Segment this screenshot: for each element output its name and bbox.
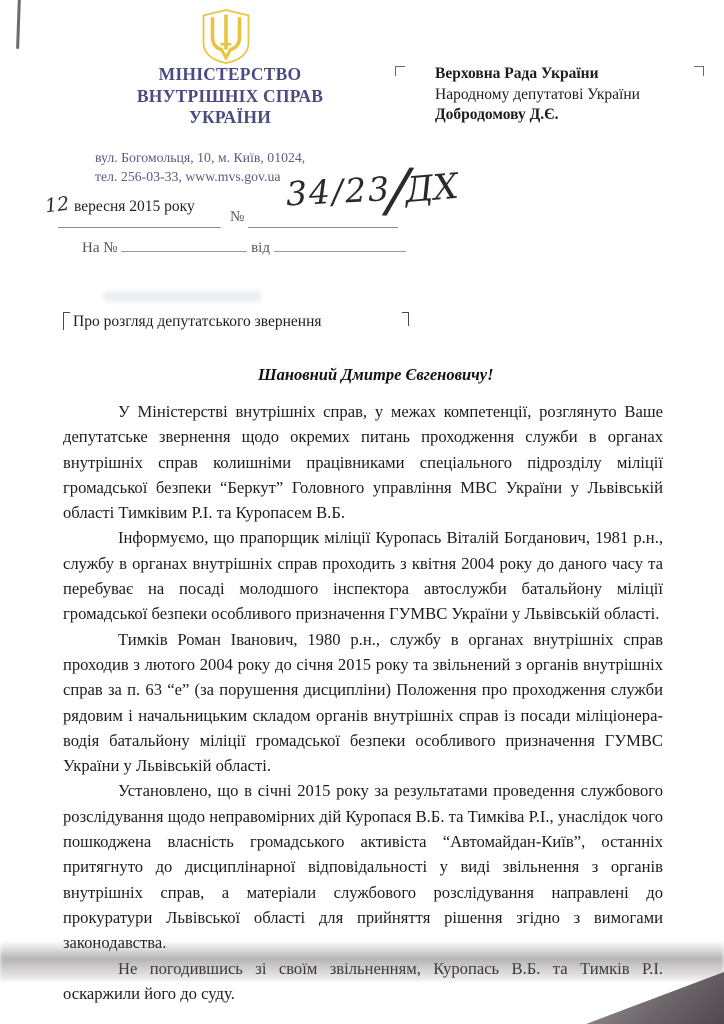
incoming-date-blank: [274, 238, 406, 252]
scan-fold-shadow: [0, 941, 724, 981]
recipient-role: Народному депутатові України: [435, 85, 640, 106]
ministry-title-line2: ВНУТРІШНІХ СПРАВ: [85, 86, 375, 108]
handwritten-number-part2: ДХ: [404, 167, 461, 211]
handwritten-number-part1: 34/23: [285, 169, 392, 213]
subject-bracket-right: [402, 312, 409, 326]
incoming-number-blank: [121, 238, 247, 252]
recipient-corner-mark-right: [694, 66, 704, 76]
scan-artifact-line: [16, 0, 21, 49]
body-paragraph-4: Установлено, що в січні 2015 року за рез…: [63, 778, 663, 955]
body-paragraph-2: Інформуємо, що прапорщик міліції Куропас…: [63, 525, 663, 626]
scanned-letter-page: МІНІСТЕРСТВО ВНУТРІШНІХ СПРАВ УКРАЇНИ ву…: [0, 0, 724, 1024]
date-underline: [58, 214, 221, 228]
ministry-title-line3: УКРАЇНИ: [85, 107, 375, 129]
address-line1: вул. Богомольця, 10, м. Київ, 01024,: [95, 149, 305, 168]
recipient-block: Верховна Рада України Народному депутато…: [435, 64, 640, 126]
address-line2: тел. 256-03-33, www.mvs.gov.ua: [95, 168, 305, 187]
ukraine-trident-emblem-icon: [199, 8, 253, 71]
incoming-reference-line: На № від: [82, 238, 406, 257]
scan-smudge: [103, 291, 261, 302]
ministry-address: вул. Богомольця, 10, м. Київ, 01024, тел…: [95, 149, 305, 186]
recipient-institution: Верховна Рада України: [435, 64, 640, 85]
subject-bracket-left: [63, 312, 70, 330]
body-paragraph-3: Тимків Роман Іванович, 1980 р.н., службу…: [63, 627, 663, 779]
body-paragraph-1: У Міністерстві внутрішніх справ, у межах…: [63, 399, 663, 525]
salutation: Шановний Дмитре Євгеновичу!: [258, 365, 494, 385]
ministry-title: МІНІСТЕРСТВО ВНУТРІШНІХ СПРАВ УКРАЇНИ: [85, 64, 375, 129]
number-sign: №: [230, 209, 244, 226]
handwritten-outgoing-number: 34/23 / ДХ: [285, 166, 460, 219]
incoming-prefix: На №: [82, 240, 118, 256]
letter-body: У Міністерстві внутрішніх справ, у межах…: [63, 399, 663, 1006]
recipient-corner-mark-left: [395, 66, 405, 76]
incoming-from-label: від: [251, 240, 270, 256]
recipient-name: Добродомову Д.Є.: [435, 105, 640, 126]
ministry-title-line1: МІНІСТЕРСТВО: [85, 64, 375, 86]
subject-line: Про розгляд депутатського звернення: [73, 313, 322, 331]
